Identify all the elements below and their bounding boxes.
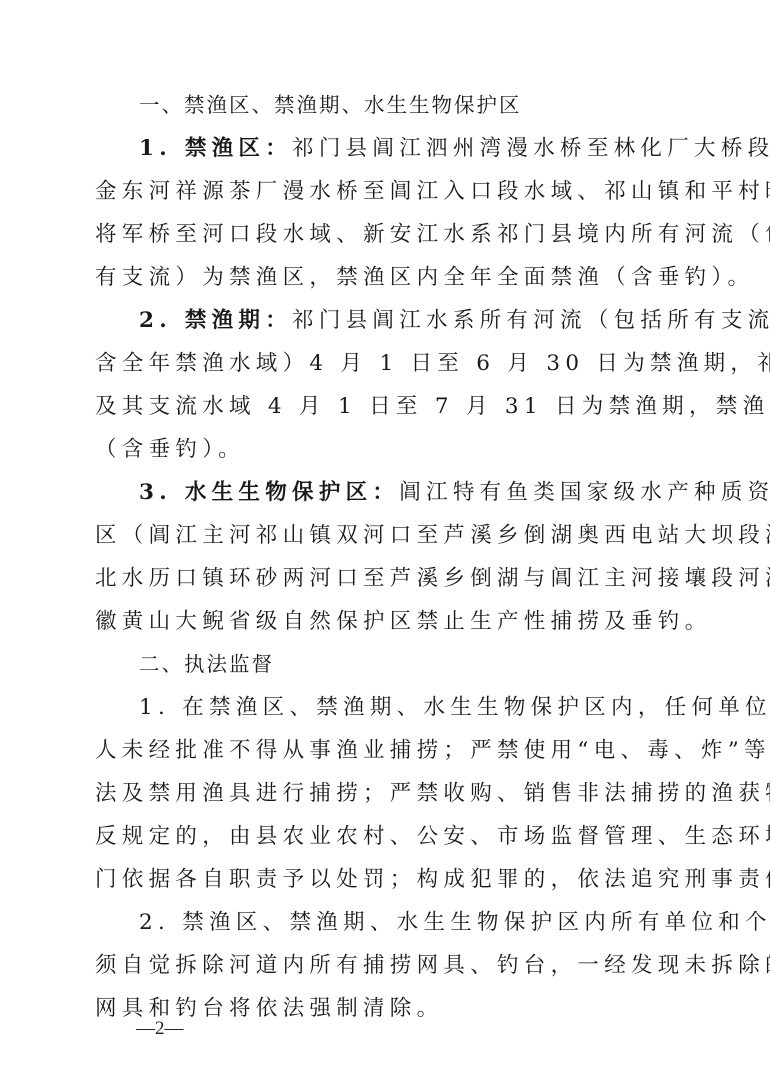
- paragraph-2-1-line-2: 人未经批准不得从事渔业捕捞；严禁使用“电、毒、炸”等禁用方: [95, 729, 687, 772]
- item-text: 祁门县阊江泗州湾漫水桥至林化厂大桥段水域、: [292, 136, 770, 161]
- paragraph-1-1-line-4: 有支流）为禁渔区，禁渔区内全年全面禁渔（含垂钓）。: [95, 256, 687, 299]
- item-label-fishing-ban-area: 1. 禁渔区：: [139, 136, 292, 161]
- item-text: 祁门县阊江水系所有河流（包括所有支流，不: [292, 308, 770, 333]
- paragraph-2-1-line-5: 门依据各自职责予以处罚；构成犯罪的，依法追究刑事责任。: [95, 858, 687, 901]
- paragraph-1-2-line-1: 2. 禁渔期：祁门县阊江水系所有河流（包括所有支流，不: [95, 299, 687, 342]
- paragraph-2-1-line-4: 反规定的，由县农业农村、公安、市场监督管理、生态环境等部: [95, 815, 687, 858]
- paragraph-1-1-line-2: 金东河祥源茶厂漫水桥至阊江入口段水域、祁山镇和平村旸坑河: [95, 170, 687, 213]
- paragraph-2-2-line-1: 2. 禁渔区、禁渔期、水生生物保护区内所有单位和个人均: [95, 901, 687, 944]
- document-page: 一、禁渔区、禁渔期、水生生物保护区 1. 禁渔区：祁门县阊江泗州湾漫水桥至林化厂…: [95, 84, 687, 1030]
- paragraph-1-3-line-4: 徽黄山大鲵省级自然保护区禁止生产性捕捞及垂钓。: [95, 600, 687, 643]
- page-number: —2—: [136, 1018, 184, 1040]
- section-heading-2: 二、执法监督: [95, 643, 687, 686]
- scan-speck: [757, 786, 759, 788]
- paragraph-1-3-line-3: 北水历口镇环砂两河口至芦溪乡倒湖与阊江主河接壤段河流）及安: [95, 557, 687, 600]
- section-heading-1: 一、禁渔区、禁渔期、水生生物保护区: [95, 84, 687, 127]
- paragraph-2-1-line-1: 1. 在禁渔区、禁渔期、水生生物保护区内，任何单位和个: [95, 686, 687, 729]
- item-text: 阊江特有鱼类国家级水产种质资源保护: [399, 480, 770, 505]
- paragraph-2-1-line-3: 法及禁用渔具进行捕捞；严禁收购、销售非法捕捞的渔获物。违: [95, 772, 687, 815]
- paragraph-1-3-line-1: 3. 水生生物保护区：阊江特有鱼类国家级水产种质资源保护: [95, 471, 687, 514]
- paragraph-2-2-line-2: 须自觉拆除河道内所有捕捞网具、钓台，一经发现未拆除的捕捞: [95, 944, 687, 987]
- item-label-aquatic-reserve: 3. 水生生物保护区：: [139, 480, 399, 505]
- paragraph-1-1-line-1: 1. 禁渔区：祁门县阊江泗州湾漫水桥至林化厂大桥段水域、: [95, 127, 687, 170]
- paragraph-1-1-line-3: 将军桥至河口段水域、新安江水系祁门县境内所有河流（包括所: [95, 213, 687, 256]
- paragraph-1-2-line-4: （含垂钓）。: [95, 428, 687, 471]
- item-label-fishing-ban-period: 2. 禁渔期：: [139, 308, 292, 333]
- paragraph-1-2-line-2: 含全年禁渔水域）4 月 1 日至 6 月 30 日为禁渔期，祁门县秋蒲河: [95, 342, 687, 385]
- paragraph-1-2-line-3: 及其支流水域 4 月 1 日至 7 月 31 日为禁渔期，禁渔期内全面禁渔: [95, 385, 687, 428]
- paragraph-1-3-line-2: 区（阊江主河祁山镇双河口至芦溪乡倒湖奥西电站大坝段河流、大: [95, 514, 687, 557]
